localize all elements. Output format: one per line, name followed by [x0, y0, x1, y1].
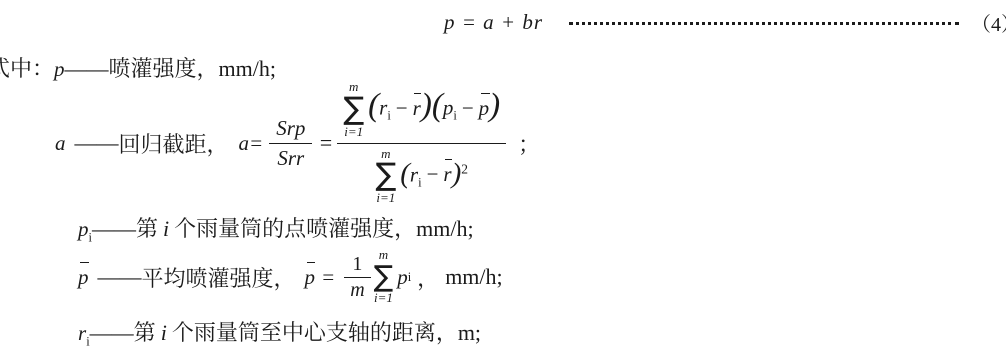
- subscript-i: i: [453, 109, 456, 123]
- variable-r: r: [410, 162, 418, 186]
- p-bar-symbol: p: [78, 265, 89, 290]
- definition-ri: ri——第i个雨量筒至中心支轴的距离，m;: [78, 317, 481, 357]
- definition-a: a——回归截距， a= Srp Srr = m ∑ i=1 (ri−r)(pi−…: [55, 76, 540, 210]
- regression-fraction: m ∑ i=1 (ri−r)(pi−p) m ∑ i=1 (ri−r)2: [337, 80, 506, 206]
- fraction-srp-srr: Srp Srr: [269, 116, 312, 169]
- srr: Srr: [269, 143, 312, 170]
- left-paren: (: [400, 157, 410, 189]
- variable-a: a: [55, 131, 66, 156]
- r-bar: r: [413, 96, 421, 121]
- a-equals: a=: [239, 131, 264, 156]
- fraction-denominator: m ∑ i=1 (ri−r)2: [337, 143, 506, 206]
- fraction-numerator: m ∑ i=1 (ri−r)(pi−p): [337, 80, 506, 142]
- definition-pbar: p ——平均喷灌强度， p = 1 m m ∑ i=1 pi ， mm/h;: [78, 248, 503, 306]
- p-bar: p: [479, 96, 490, 121]
- minus-sign: −: [427, 162, 439, 186]
- unit-label: mm/h;: [445, 264, 502, 290]
- definition-pi-text-post: 个雨量筒的点喷灌强度，mm/h;: [174, 216, 473, 241]
- equation-4-row: p = a + br （4）: [444, 8, 1006, 36]
- definition-ri-text-post: 个雨量筒至中心支轴的距离，m;: [172, 320, 481, 345]
- dotted-leader: [569, 22, 959, 25]
- em-dash: ——: [75, 130, 119, 156]
- em-dash: ——: [92, 216, 136, 241]
- subscript-i: i: [418, 175, 421, 189]
- definition-a-text: 回归截距，: [119, 128, 229, 159]
- exponent-2: 2: [461, 161, 468, 176]
- variable-i: i: [161, 320, 167, 345]
- right-paren: ): [489, 88, 500, 124]
- definition-pi-text-pre: 第: [136, 216, 158, 241]
- left-paren: (: [432, 88, 443, 124]
- equals-sign: =: [321, 265, 335, 290]
- em-dash: ——: [98, 264, 142, 290]
- variable-p: p: [397, 265, 408, 290]
- equals-sign: =: [318, 130, 333, 156]
- where-label: 式中：: [0, 56, 54, 81]
- variable-r: r: [78, 321, 86, 345]
- minus-sign: −: [462, 96, 474, 120]
- em-dash: ——: [90, 320, 134, 345]
- document-page: p = a + br （4） 式中：p——喷灌强度，mm/h; a——回归截距，…: [0, 0, 1006, 361]
- right-paren: ): [452, 157, 462, 189]
- one: 1: [346, 253, 368, 277]
- variable-m: m: [344, 277, 370, 302]
- equation-4-formula: p = a + br: [444, 10, 543, 35]
- comma: ，: [417, 262, 439, 293]
- p-bar-symbol: p: [305, 265, 316, 290]
- summation-icon: m ∑ i=1: [343, 80, 364, 139]
- minus-sign: −: [396, 96, 408, 120]
- summation-icon: m ∑ i=1: [374, 248, 394, 305]
- definition-pbar-text: 平均喷灌强度，: [142, 262, 296, 293]
- subscript-i: i: [408, 270, 411, 285]
- summation-icon: m ∑ i=1: [375, 147, 396, 206]
- subscript-i: i: [387, 109, 390, 123]
- variable-p: p: [78, 217, 89, 241]
- srp: Srp: [269, 116, 312, 142]
- equation-4-number: （4）: [971, 8, 1006, 37]
- r-bar: r: [443, 162, 451, 187]
- fraction-1-m: 1 m: [344, 253, 370, 302]
- variable-p: p: [443, 96, 454, 120]
- left-paren: (: [368, 88, 379, 124]
- definition-ri-text-pre: 第: [134, 320, 156, 345]
- semicolon: ；: [518, 128, 540, 159]
- variable-i: i: [163, 216, 169, 241]
- right-paren: ): [421, 88, 432, 124]
